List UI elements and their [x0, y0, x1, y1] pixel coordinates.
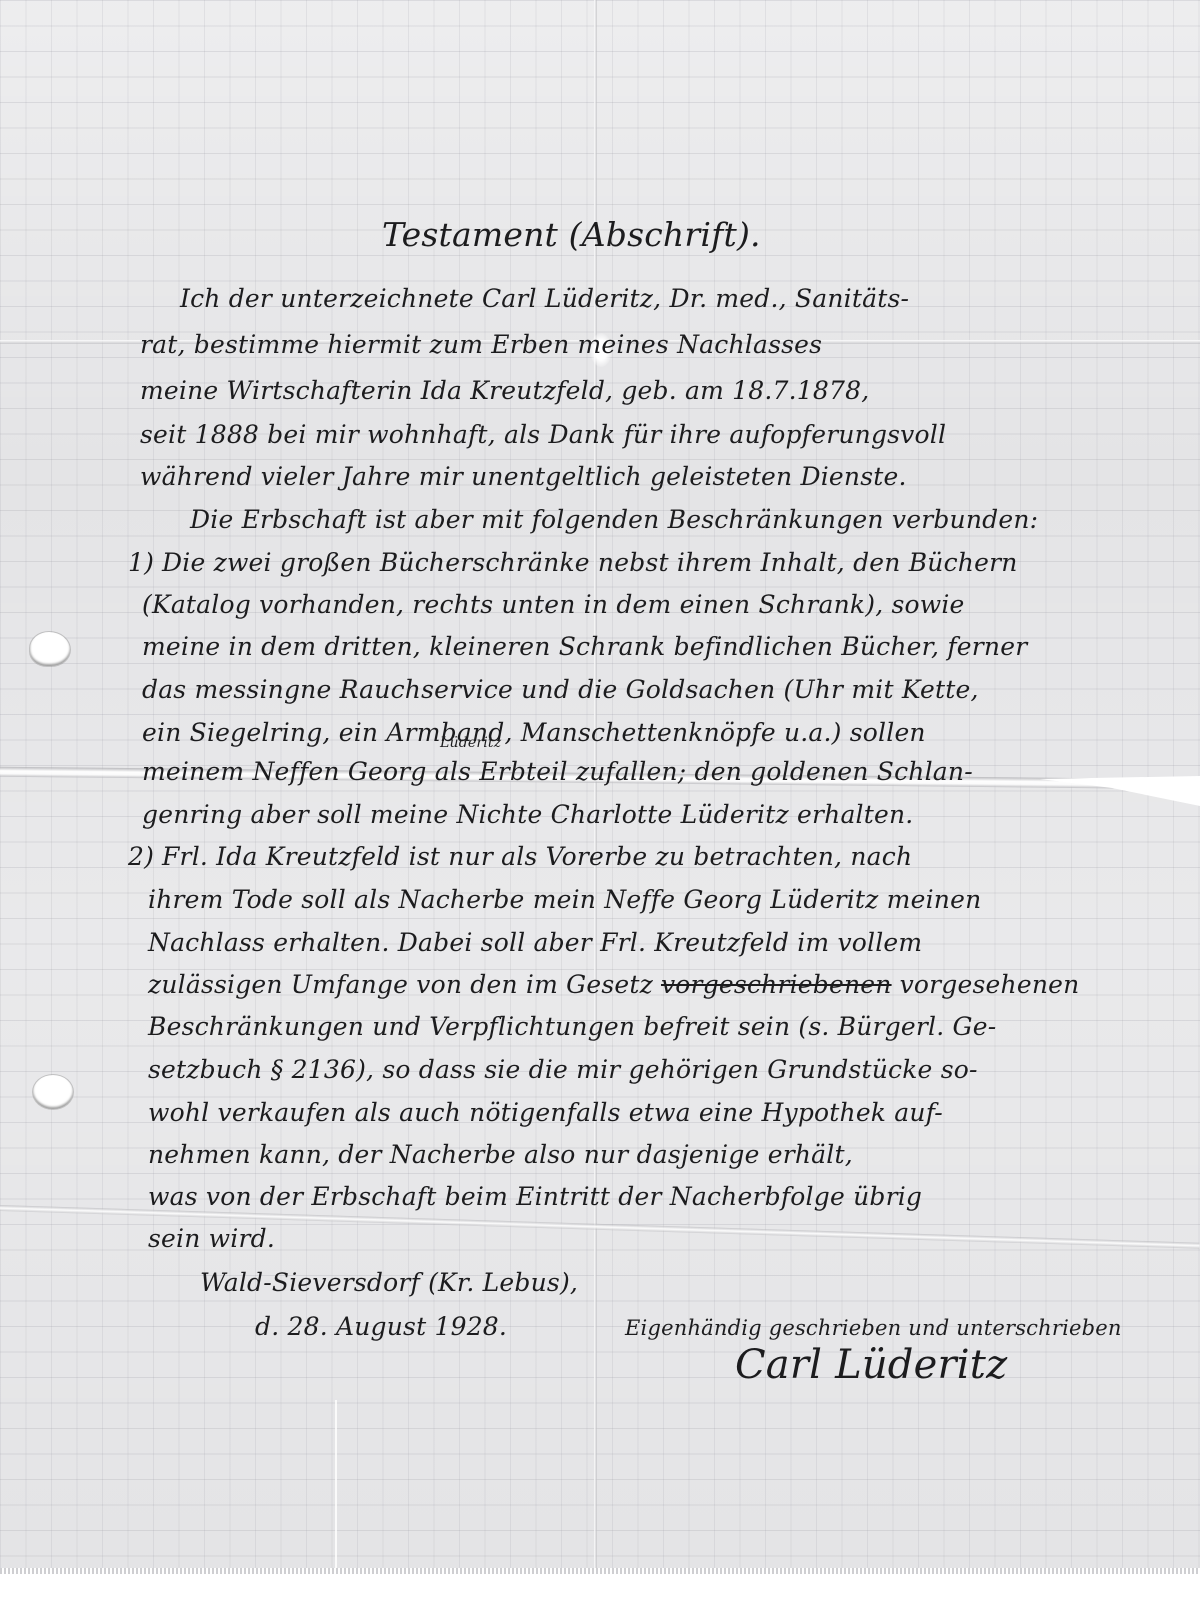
text-line: was von der Erbschaft beim Eintritt der … [148, 1182, 922, 1211]
punch-hole-lower [33, 1075, 73, 1109]
text-line: genring aber soll meine Nichte Charlotte… [142, 800, 913, 829]
item-number: 2) [128, 842, 154, 871]
place-line: Wald-Sieversdorf (Kr. Lebus), [200, 1268, 578, 1297]
text-line: ihrem Tode soll als Nacherbe mein Neffe … [148, 885, 981, 914]
paper-sheet: Testament (Abschrift). Ich der unterzeic… [0, 0, 1200, 1573]
text-line: Die zwei großen Bücherschränke nebst ihr… [162, 548, 1018, 577]
paper-bottom-edge [0, 1568, 1200, 1574]
attestation-line: Eigenhändig geschrieben und unterschrieb… [625, 1316, 1122, 1340]
text-line: während vieler Jahre mir unentgeltlich g… [140, 462, 907, 491]
text-line: das messingne Rauchservice und die Golds… [142, 675, 979, 704]
text-line: wohl verkaufen als auch nötigenfalls etw… [148, 1098, 943, 1127]
text-line-with-correction: zulässigen Umfange von den im Gesetz vor… [148, 970, 1079, 999]
lower-vertical-crease [335, 1400, 337, 1573]
signature: Carl Lüderitz [735, 1342, 1007, 1388]
document-title: Testament (Abschrift). [382, 215, 761, 254]
text-line: Beschränkungen und Verpflichtungen befre… [148, 1012, 996, 1041]
text-line: meinem Neffen Georg als Erbteil zufallen… [142, 757, 973, 786]
text-line: Die Erbschaft ist aber mit folgenden Bes… [190, 505, 1038, 534]
right-edge-tear [1040, 776, 1200, 806]
text-line: sein wird. [148, 1224, 275, 1253]
text-line: meine in dem dritten, kleineren Schrank … [142, 632, 1027, 661]
text-line: nehmen kann, der Nacherbe also nur dasje… [148, 1140, 853, 1169]
text-segment: zulässigen Umfange von den im Gesetz [148, 970, 653, 999]
text-segment: vorgesehenen [900, 970, 1080, 999]
item-number: 1) [128, 548, 154, 577]
text-line: Ich der unterzeichnete Carl Lüderitz, Dr… [180, 284, 909, 313]
text-line: ein Siegelring, ein Armband, Manschetten… [142, 718, 926, 747]
punch-hole-upper [30, 632, 70, 666]
date-line: d. 28. August 1928. [255, 1312, 507, 1341]
text-line: (Katalog vorhanden, rechts unten in dem … [142, 590, 965, 619]
struck-out-word: vorgeschriebenen [661, 970, 892, 999]
text-line: setzbuch § 2136), so dass sie die mir ge… [148, 1055, 978, 1084]
text-line: Nachlass erhalten. Dabei soll aber Frl. … [148, 928, 922, 957]
text-line: meine Wirtschafterin Ida Kreutzfeld, geb… [140, 376, 869, 405]
text-line: Frl. Ida Kreutzfeld ist nur als Vorerbe … [162, 842, 912, 871]
text-line: rat, bestimme hiermit zum Erben meines N… [140, 330, 822, 359]
text-line: seit 1888 bei mir wohnhaft, als Dank für… [140, 420, 946, 449]
interlinear-insertion: Lüderitz [440, 735, 501, 751]
